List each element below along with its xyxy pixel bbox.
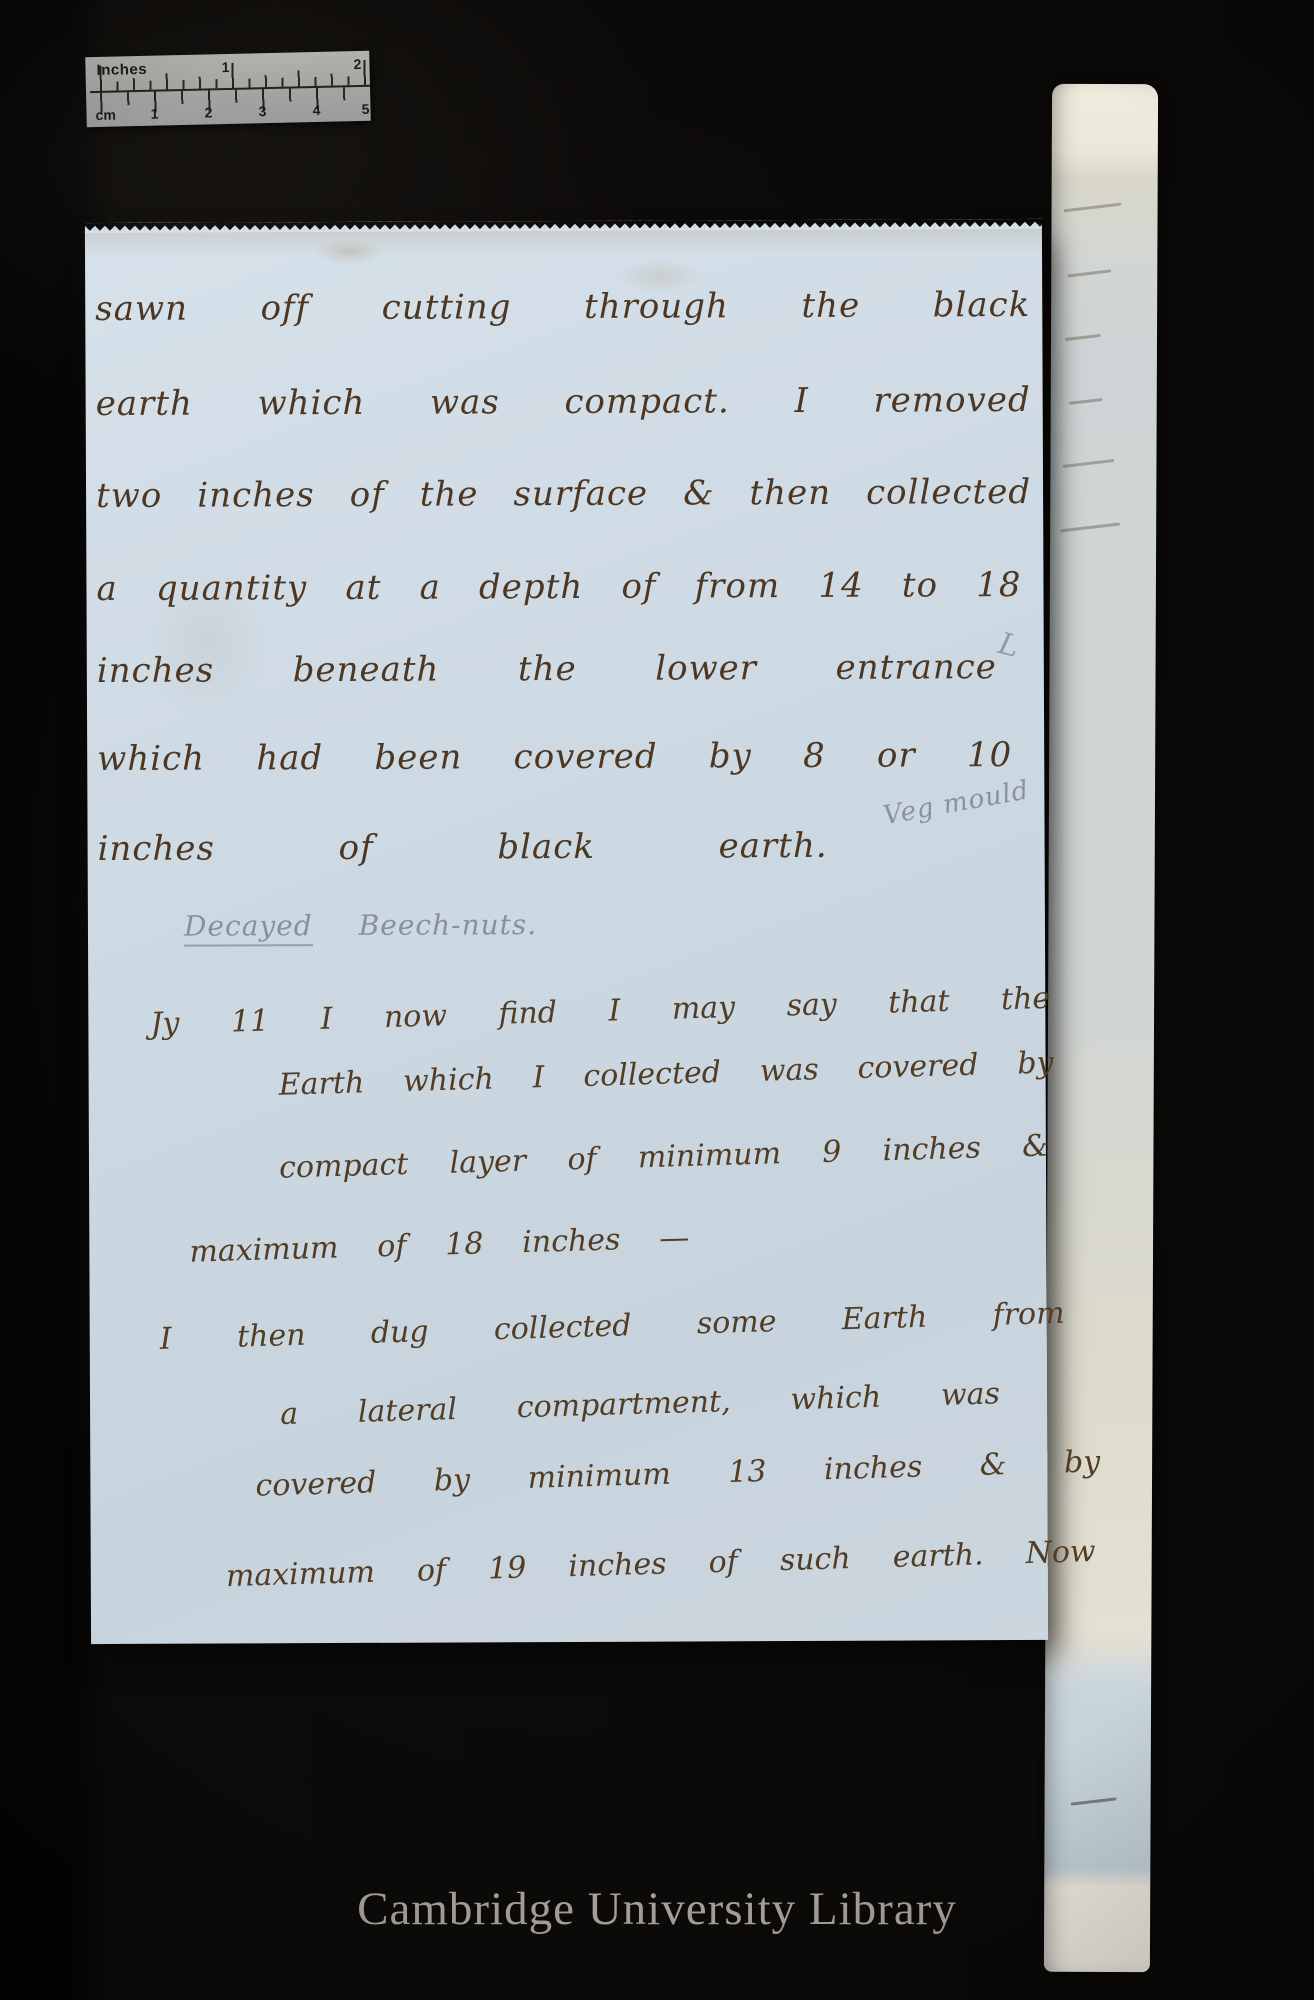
ink-line: sawn off cutting through the black: [95, 285, 1030, 329]
pencil-note: Veg mould: [881, 775, 1032, 831]
ruler-cm-2: 2: [204, 104, 212, 120]
scrawl-line: maximum of 19 inches of such earth. Now: [225, 1534, 1096, 1594]
ink-squiggle: [1071, 1797, 1117, 1805]
pencil-heading: DecayedBeech-nuts.: [184, 908, 537, 943]
scrawl-line: covered by minimum 13 inches & by: [255, 1444, 1101, 1503]
scrawl-line: Jy 11 I now find I may say that the: [150, 981, 1051, 1042]
scrawl-line: maximum of 18 inches —: [189, 1220, 690, 1269]
scrawl-line: a lateral compartment, which was: [280, 1376, 1001, 1432]
ruler-cm-label: cm: [95, 107, 116, 123]
faint-writing-mark: [1060, 522, 1120, 532]
faint-writing-mark: [1062, 459, 1114, 468]
faint-writing-mark: [1067, 269, 1111, 277]
photograph: Inches 1 2 cm 1 2 3 4 5 sawn off cutting…: [0, 0, 1314, 2000]
ink-line: two inches of the surface & then collect…: [96, 472, 1031, 516]
ruler-cm-5: 5: [361, 101, 369, 117]
ink-line: earth which was compact. I removed: [96, 380, 1031, 424]
ruler-cm-1: 1: [150, 106, 158, 122]
ink-line: a quantity at a depth of from 14 to 18: [96, 565, 1021, 609]
faint-writing-mark: [1065, 334, 1101, 341]
adjacent-page-edge: [1044, 84, 1158, 1972]
manuscript-page: sawn off cutting through the black earth…: [85, 228, 1048, 1644]
scrawl-line: Earth which I collected was covered by: [278, 1045, 1054, 1102]
faint-writing-mark: [1064, 203, 1122, 213]
paper-stain: [315, 239, 385, 265]
ruler: Inches 1 2 cm 1 2 3 4 5: [85, 51, 371, 127]
scrawl-line: compact layer of minimum 9 inches &: [279, 1128, 1050, 1185]
ink-line: inches of black earth.: [98, 826, 828, 869]
ink-line: inches beneath the lower entrance: [97, 647, 997, 691]
ink-line: which had been covered by 8 or 10: [97, 735, 1012, 779]
faint-writing-mark: [1069, 398, 1103, 405]
torn-edge: [85, 219, 1042, 233]
pencil-mark: L: [995, 626, 1023, 665]
pencil-heading-word1: Decayed: [184, 909, 313, 947]
ruler-cm-3: 3: [258, 103, 266, 119]
library-credit: Cambridge University Library: [357, 1882, 957, 1936]
scrawl-line: I then dug collected some Earth from: [159, 1296, 1065, 1357]
ruler-cm-4: 4: [312, 102, 320, 118]
pencil-heading-word2: Beech-nuts.: [359, 908, 538, 942]
